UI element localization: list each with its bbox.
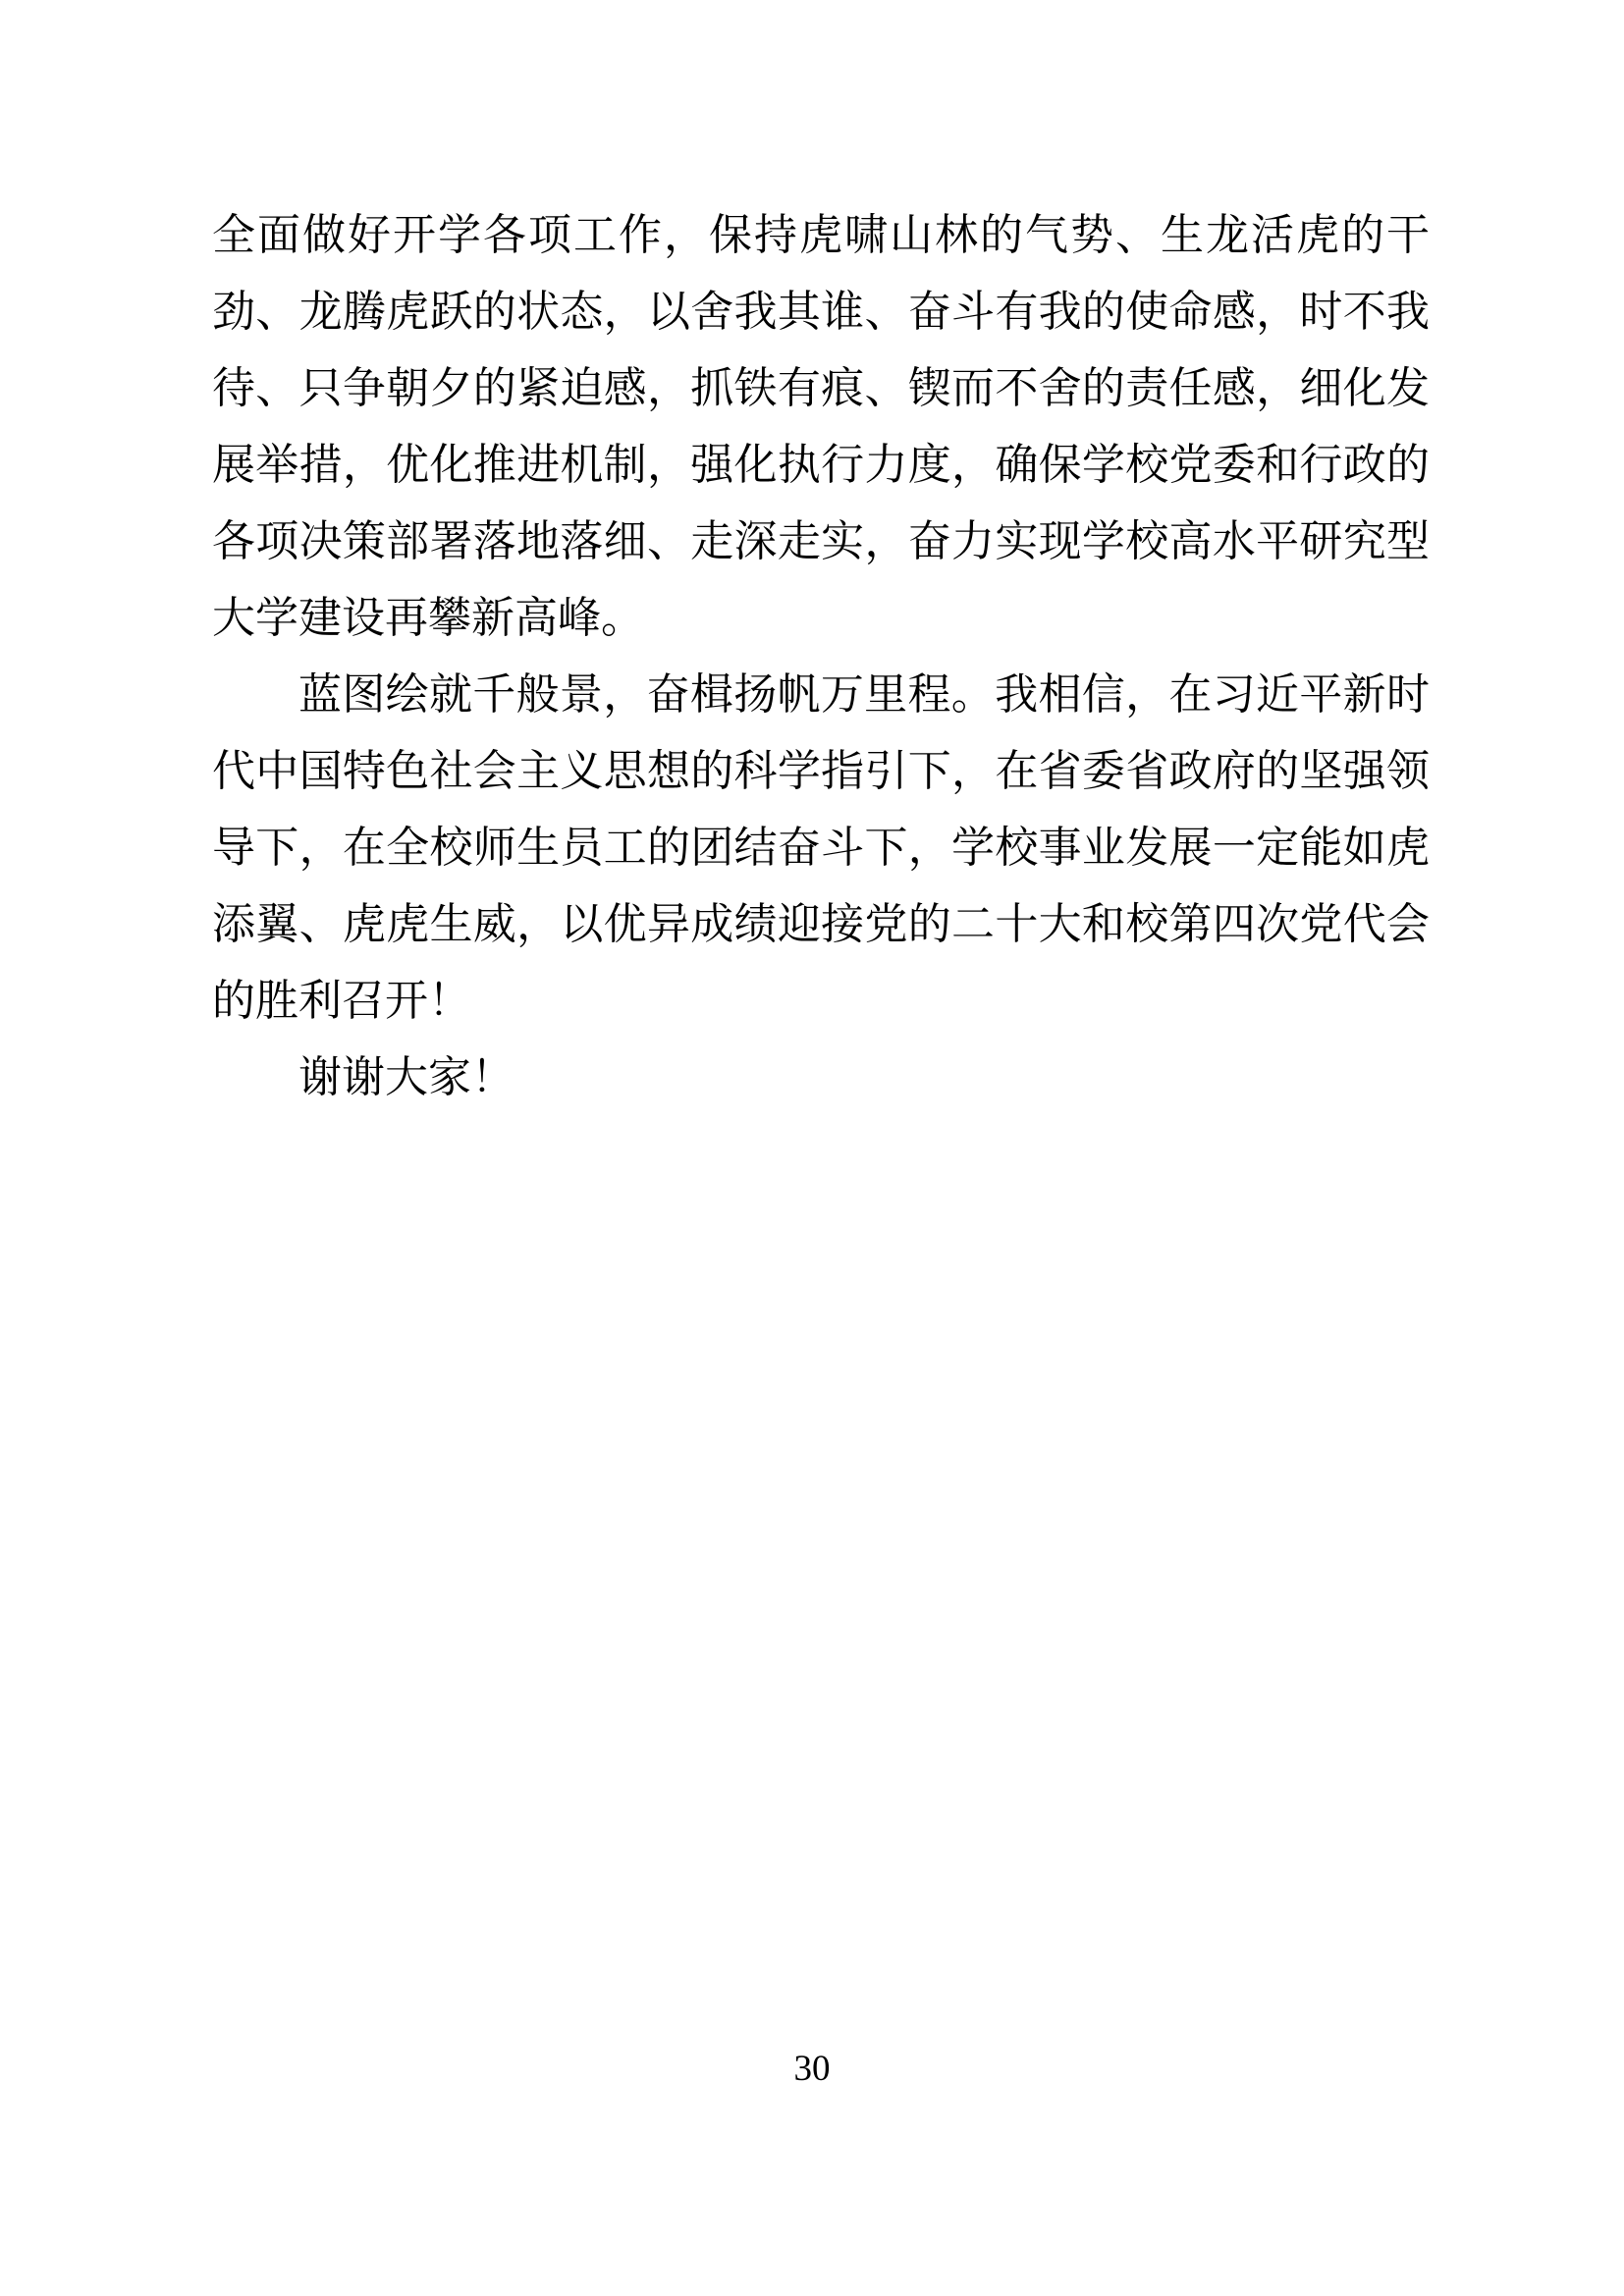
paragraph: 全面做好开学各项工作，保持虎啸山林的气势、生龙活虎的干劲、龙腾虎跃的状态，以舍我… — [212, 197, 1430, 657]
document-page: 全面做好开学各项工作，保持虎啸山林的气势、生龙活虎的干劲、龙腾虎跃的状态，以舍我… — [0, 0, 1624, 2296]
page-number: 30 — [0, 2048, 1624, 2091]
paragraph: 谢谢大家！ — [212, 1040, 1430, 1116]
document-body: 全面做好开学各项工作，保持虎啸山林的气势、生龙活虎的干劲、龙腾虎跃的状态，以舍我… — [212, 197, 1430, 1116]
paragraph: 蓝图绘就千般景，奋楫扬帆万里程。我相信，在习近平新时代中国特色社会主义思想的科学… — [212, 657, 1430, 1040]
